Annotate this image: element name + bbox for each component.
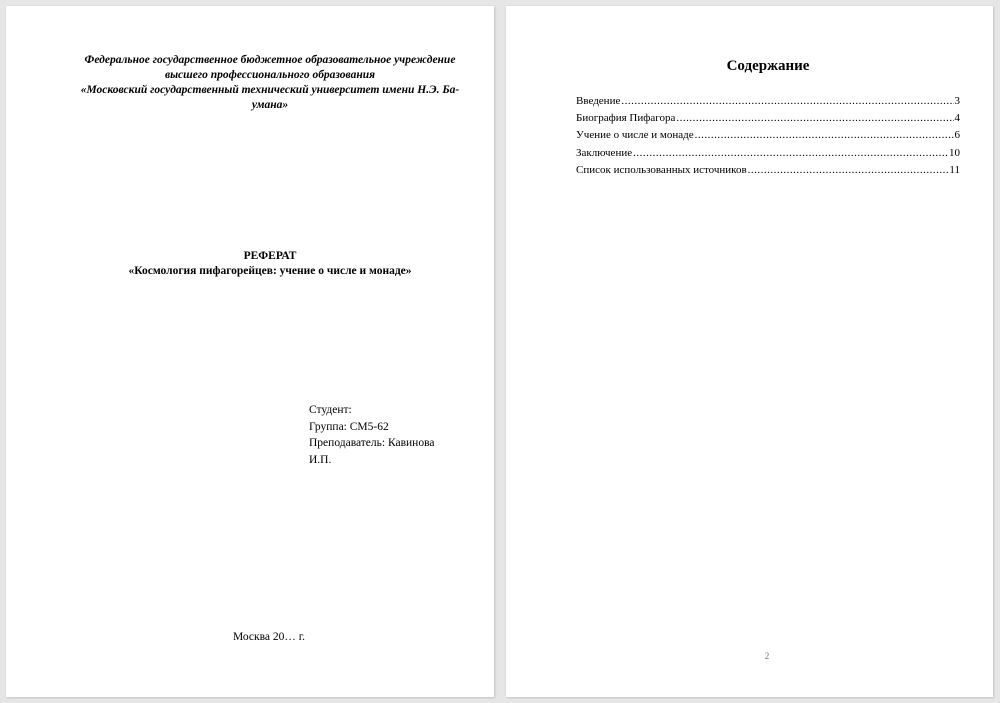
group-line: Группа: СМ5-62: [309, 419, 434, 436]
institution-line: умана»: [70, 98, 470, 113]
toc-entry-page: 10: [949, 147, 960, 159]
report-topic: «Космология пифагорейцев: учение о числе…: [70, 264, 470, 279]
toc-entry-page: 4: [955, 112, 961, 124]
toc-leader-dots: [676, 112, 953, 124]
institution-line: Федеральное государственное бюджетное об…: [70, 53, 470, 68]
toc-entry-label: Введение: [576, 95, 620, 107]
toc-leader-dots: [633, 147, 948, 159]
teacher-line: Преподаватель: Кавинова: [309, 435, 434, 452]
page-2-contents: Содержание Введение 3 Биография Пифагора…: [506, 6, 993, 697]
page-number: 2: [506, 651, 1000, 661]
toc-entry[interactable]: Учение о числе и монаде 6: [576, 129, 960, 146]
toc-entry[interactable]: Заключение 10: [576, 147, 960, 164]
toc-entry-page: 11: [949, 164, 960, 176]
student-line: Студент:: [309, 402, 434, 419]
toc-leader-dots: [621, 95, 953, 107]
toc-entry-label: Биография Пифагора: [576, 112, 675, 124]
toc-entry[interactable]: Введение 3: [576, 95, 960, 112]
institution-header: Федеральное государственное бюджетное об…: [70, 53, 470, 113]
toc-entry-page: 3: [955, 95, 961, 107]
toc-entry-page: 6: [955, 129, 961, 141]
student-info: Студент: Группа: СМ5-62 Преподаватель: К…: [309, 402, 434, 468]
toc-entry[interactable]: Список использованных источников 11: [576, 164, 960, 181]
city-year: Москва 20… г.: [6, 631, 532, 643]
toc-entry-label: Список использованных источников: [576, 164, 747, 176]
toc-leader-dots: [748, 164, 949, 176]
toc-entry[interactable]: Биография Пифагора 4: [576, 112, 960, 129]
institution-line: «Московский государственный технический …: [70, 83, 470, 98]
table-of-contents: Введение 3 Биография Пифагора 4 Учение о…: [576, 95, 960, 181]
teacher-initials: И.П.: [309, 452, 434, 469]
page-1-title-page: Федеральное государственное бюджетное об…: [6, 6, 494, 697]
toc-entry-label: Учение о числе и монаде: [576, 129, 694, 141]
institution-line: высшего профессионального образования: [70, 68, 470, 83]
toc-title: Содержание: [506, 58, 1000, 75]
toc-leader-dots: [695, 129, 954, 141]
report-title-block: РЕФЕРАТ «Космология пифагорейцев: учение…: [70, 249, 470, 279]
toc-entry-label: Заключение: [576, 147, 632, 159]
doc-type: РЕФЕРАТ: [70, 249, 470, 264]
